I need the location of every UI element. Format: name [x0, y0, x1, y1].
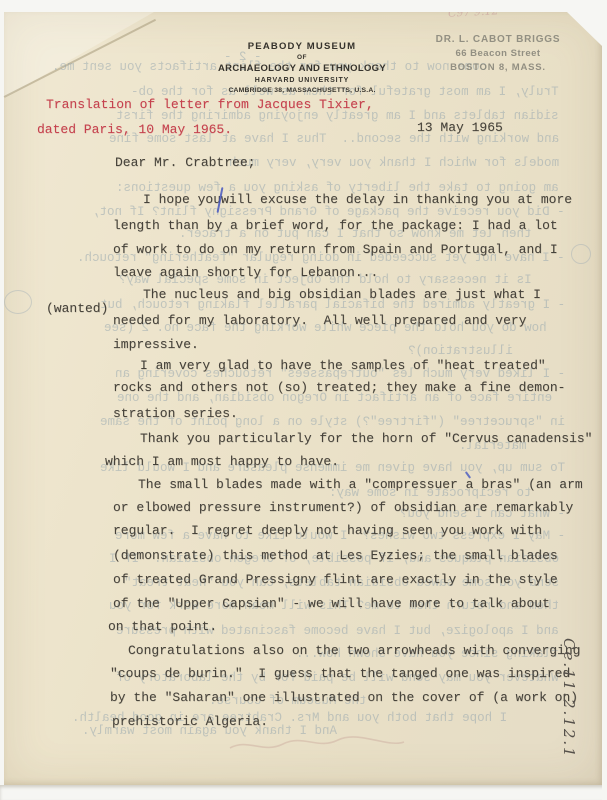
salutation: Dear Mr. Crabtree; [115, 155, 255, 170]
bleedthrough-circled-mark [571, 244, 591, 264]
bleedthrough-circled-mark [4, 290, 32, 314]
typed-line: of treated Grand Pressigny flint are exa… [113, 572, 558, 587]
typed-line: of the "Upper Capsian" - we will have mo… [113, 596, 550, 611]
stamp-city: BOSTON 8, MASS. [424, 62, 572, 73]
typed-line: which I am most happy to have. [105, 454, 339, 469]
scanned-letter-page: - 2 -come now to thank you for the flint… [0, 0, 607, 800]
typed-line: or elbowed pressure instrument?) of obsi… [113, 500, 573, 515]
typed-line: leave again shortly for Lebanon... [113, 265, 378, 280]
letterhead-of: OF [215, 54, 389, 61]
bleedthrough-line: illustration)? [408, 344, 513, 358]
translation-note-line1: Translation of letter from Jacques Tixie… [46, 97, 374, 112]
typed-line: "coups de burin." I guess that the tange… [110, 666, 570, 681]
bleedthrough-line: - Did you receive the package of Grand P… [92, 205, 565, 219]
typed-line: on that point. [108, 619, 217, 634]
typed-line: stration series. [113, 406, 238, 421]
scan-edge-right [602, 0, 607, 800]
stamp-street: 66 Beacon Street [424, 48, 572, 59]
typed-line: prehistoric Algeria. [112, 714, 268, 729]
letterhead-university: HARVARD UNIVERSITY [215, 77, 389, 84]
typed-line: I am very glad to have the samples of "h… [140, 358, 546, 373]
typed-line: Thank you particularly for the horn of "… [140, 431, 592, 446]
typed-line: impressive. [113, 337, 199, 352]
typed-line: rocks and others not (so) treated; they … [113, 380, 565, 395]
typed-line: by the "Saharan" one illustrated on the … [110, 690, 578, 705]
typed-line: The small blades made with a "compressue… [138, 477, 583, 492]
letterhead-museum-name: PEABODY MUSEUM [215, 41, 389, 52]
typed-line: regular. I regret deeply not having seen… [113, 523, 542, 538]
typed-line: I hope youwill excuse the delay in thank… [143, 192, 572, 207]
translation-note-line2: dated Paris, 10 May 1965. [37, 122, 232, 137]
typed-line: (demonstrate) this method at Les Eyzies;… [113, 548, 558, 563]
typed-line: The nucleus and big obsidian blades are … [143, 287, 541, 302]
scan-edge-top [0, 0, 607, 12]
bleedthrough-signature-squiggle [228, 736, 408, 756]
bleedthrough-line: models for which I thank you very, very … [229, 156, 559, 170]
catalog-number: Ce.11.2.12.1 [560, 638, 578, 759]
letterhead-department: ARCHAEOLOGY AND ETHNOLOGY [215, 63, 389, 74]
typed-line: needed for my laboratory. All well prepa… [113, 313, 526, 328]
typed-line: Congratulations also on the two arrowhea… [128, 643, 580, 658]
letterhead: PEABODY MUSEUM OF ARCHAEOLOGY AND ETHNOL… [215, 41, 389, 94]
typed-line: of work to do on my return from Spain an… [113, 242, 558, 257]
letter-date: 13 May 1965 [417, 120, 503, 135]
stamp-name: DR. L. CABOT BRIGGS [424, 34, 572, 45]
letterhead-address: CAMBRIDGE 38, MASSACHUSETTS, U.S.A. [215, 87, 389, 94]
scan-edge-bottom [0, 785, 607, 800]
typed-line: length than by a brief word, for the pac… [113, 218, 558, 233]
recipient-address-stamp: DR. L. CABOT BRIGGS 66 Beacon Street BOS… [424, 34, 572, 73]
typed-line: (wanted) [46, 301, 108, 316]
